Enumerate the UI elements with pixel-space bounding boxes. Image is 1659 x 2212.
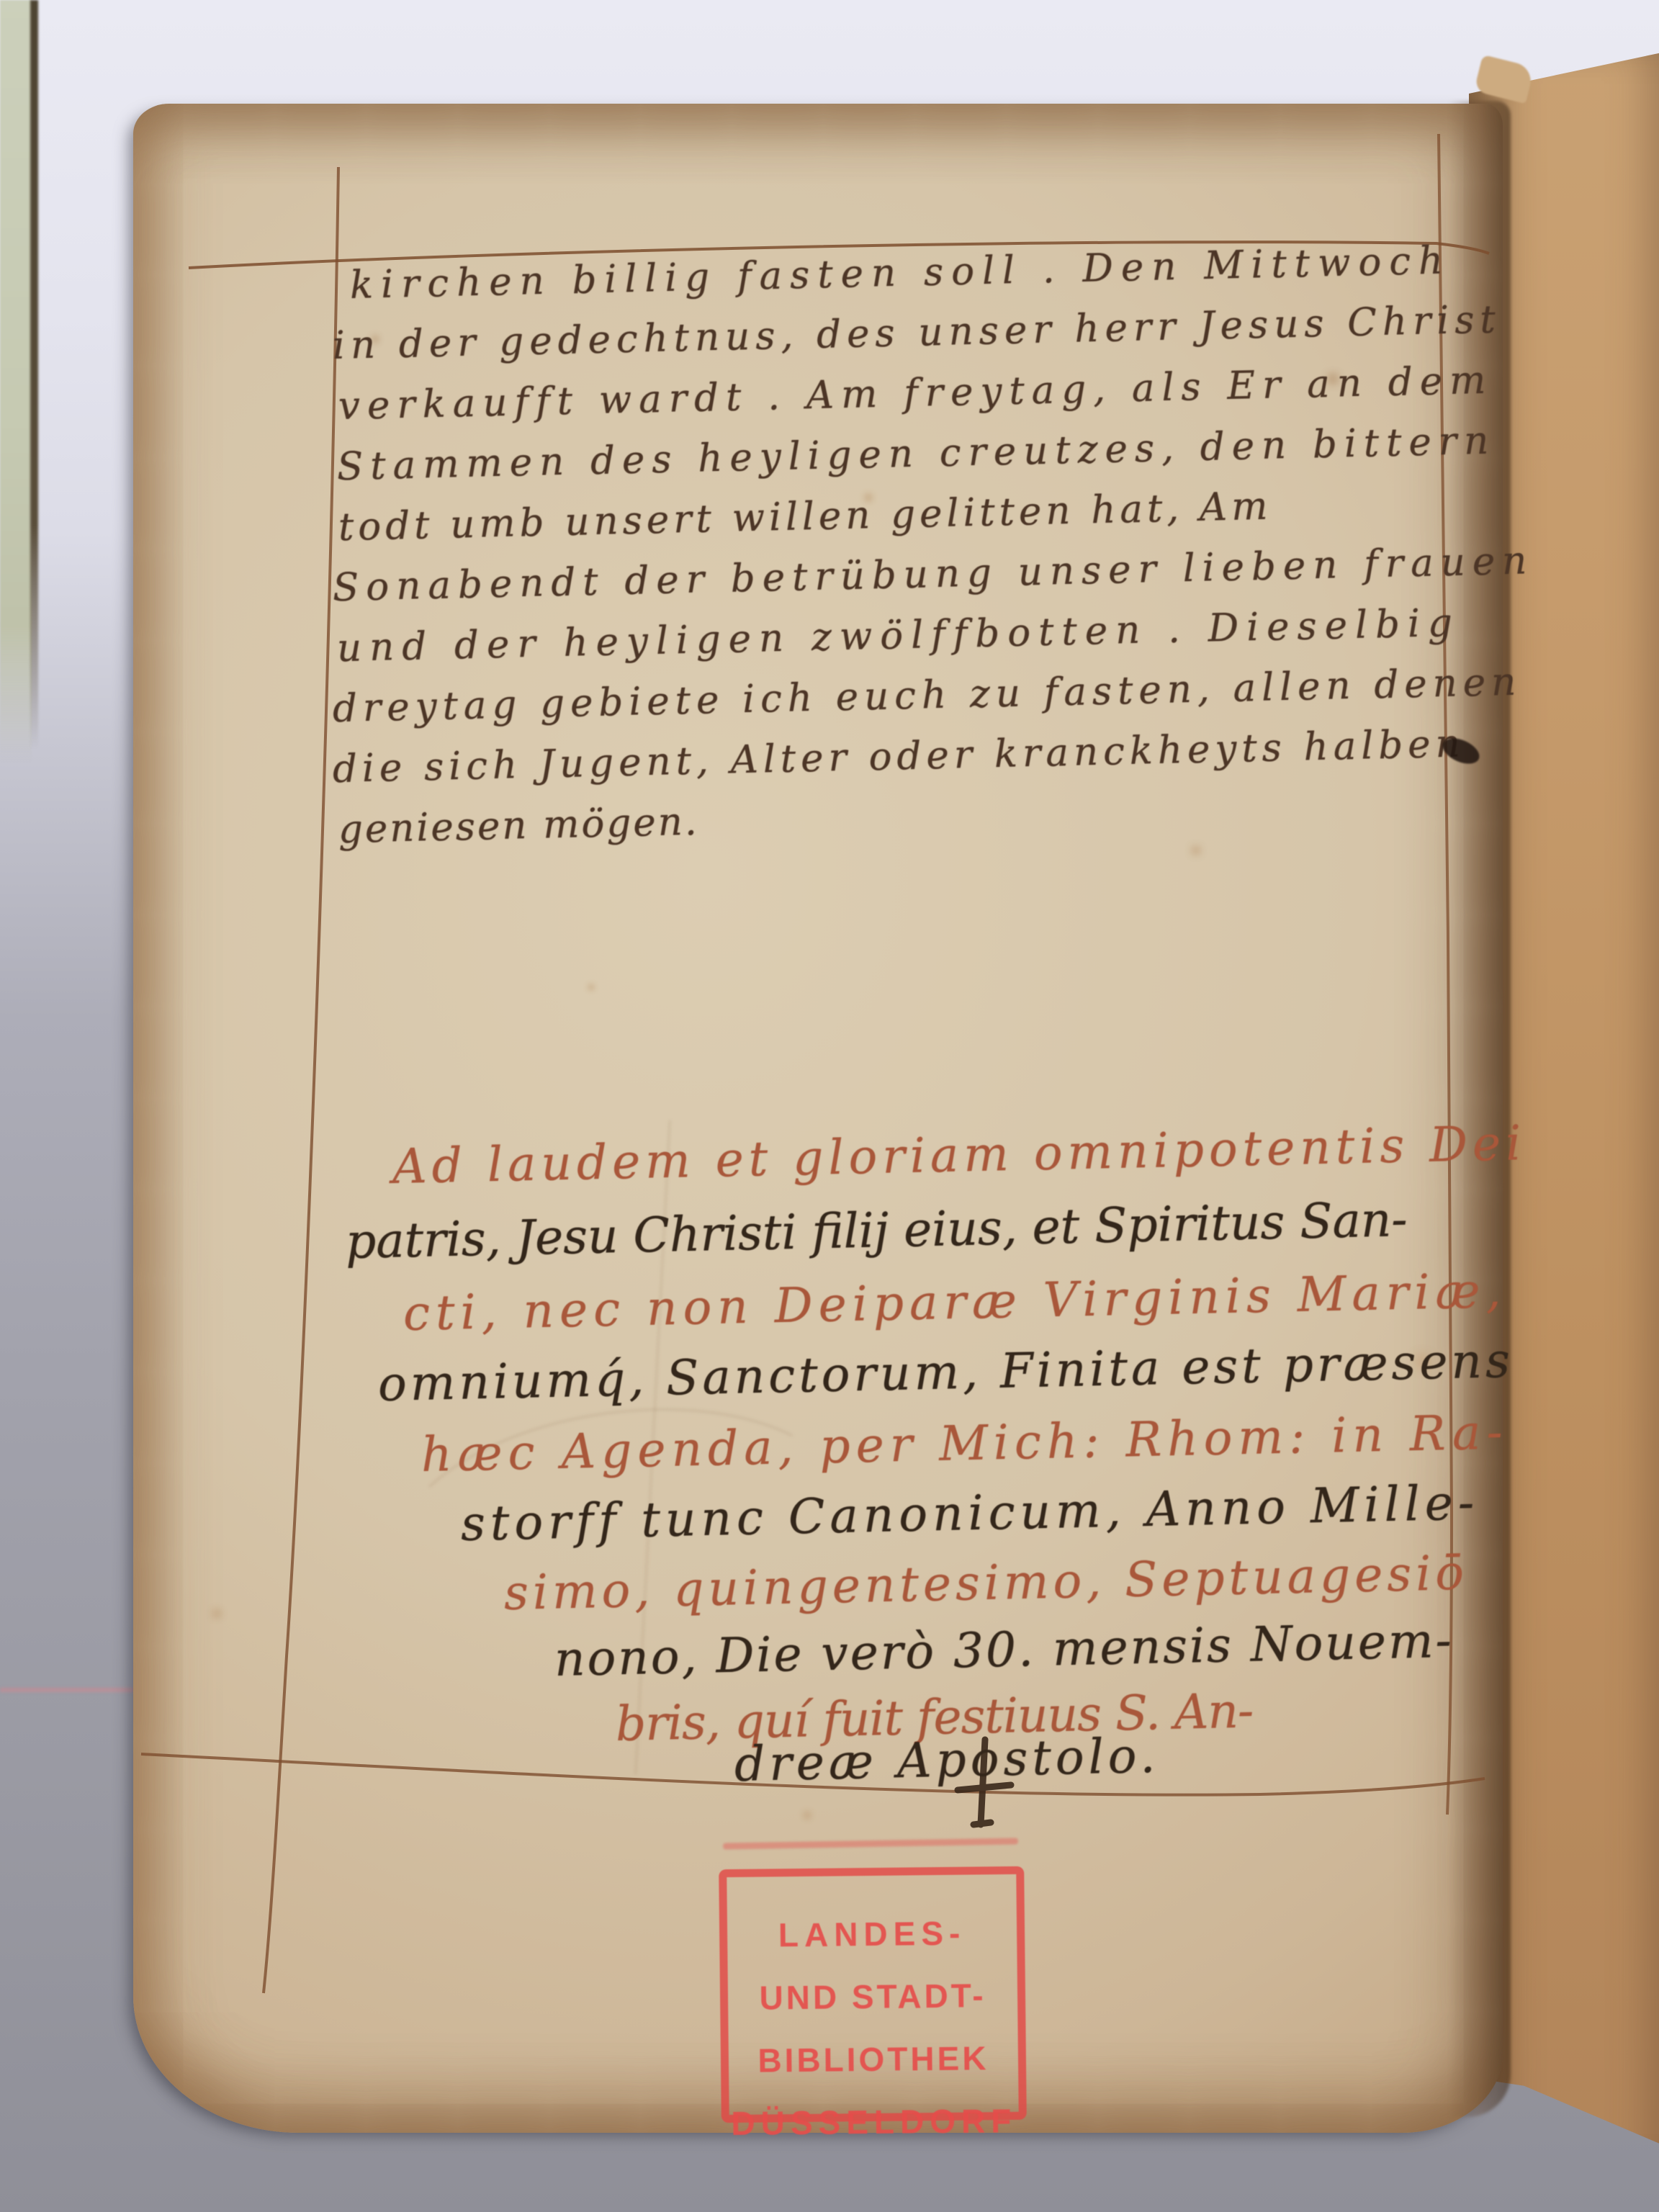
stamp-text-line: BIBLIOTHEK [729,2027,1019,2092]
stamp-text-line: UND STADT- [728,1964,1018,2030]
stamp-text-line: DÜSSELDORF [729,2090,1019,2155]
library-stamp: LANDES- UND STADT- BIBLIOTHEK DÜSSELDORF [719,1866,1027,2123]
cross-flourish-foot [974,1822,991,1825]
latin-colophon-line: dreæ Apostolo. [734,1728,1160,1792]
manuscript-photo: kirchen billig fasten soll . Den Mittwoc… [0,0,1659,2212]
stamp-text-line: LANDES- [727,1902,1017,1967]
german-text-line: geniesen mögen. [338,800,699,852]
ruling-left-line [264,167,338,1993]
